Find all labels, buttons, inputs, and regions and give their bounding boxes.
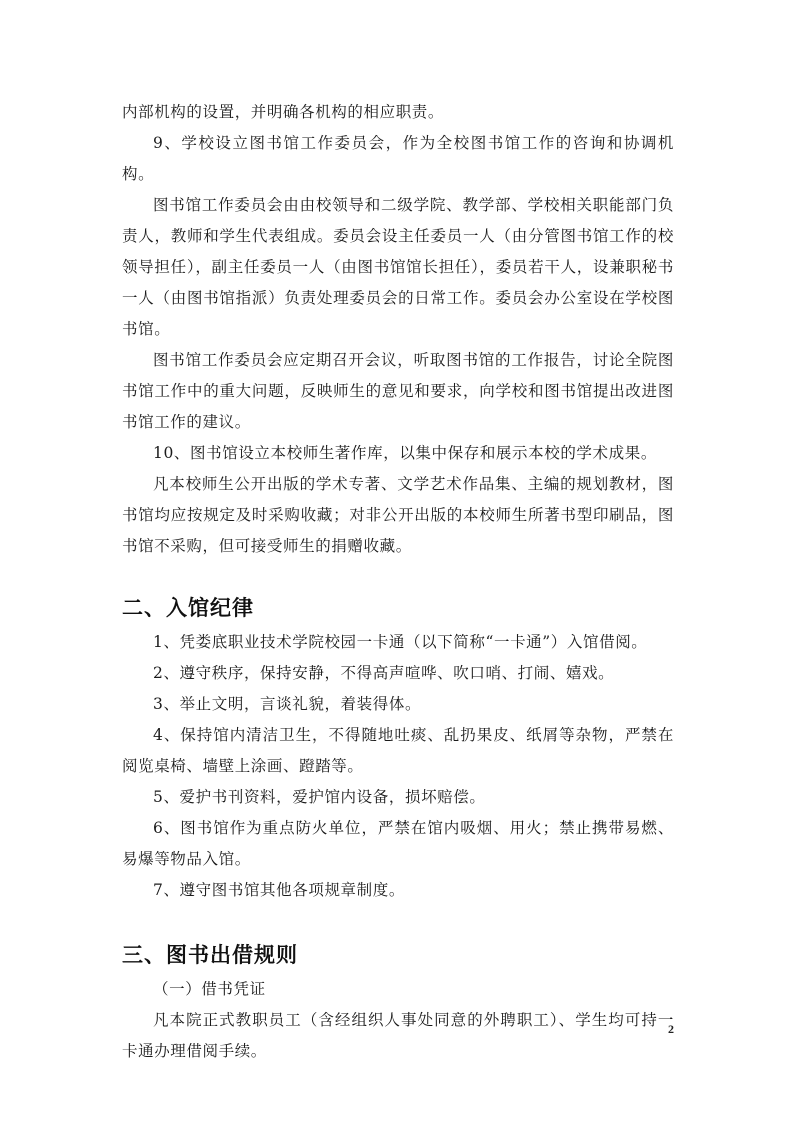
spacer [122,906,674,940]
paragraph: 10、图书馆设立本校师生著作库，以集中保存和展示本校的学术成果。 [122,438,674,469]
paragraph: 凡本院正式教职员工（含经组织人事处同意的外聘职工）、学生均可持一卡通办理借阅手续… [122,1005,674,1067]
page-number: 2 [668,1022,674,1037]
rule-item: 2、遵守秩序，保持安静，不得高声喧哗、吹口哨、打闹、嬉戏。 [122,658,674,689]
paragraph: 图书馆工作委员会由由校领导和二级学院、教学部、学校相关职能部门负责人，教师和学生… [122,190,674,345]
paragraph: 凡本校师生公开出版的学术专著、文学艺术作品集、主编的规划教材，图书馆均应按规定及… [122,469,674,562]
paragraph: 内部机构的设置，并明确各机构的相应职责。 [122,97,674,128]
rule-item: 3、举止文明，言谈礼貌，着装得体。 [122,689,674,720]
sub-heading: （一）借书凭证 [122,974,674,1005]
rule-item: 4、保持馆内清洁卫生，不得随地吐痰、乱扔果皮、纸屑等杂物，严禁在阅览桌椅、墙壁上… [122,720,674,782]
paragraph: 图书馆工作委员会应定期召开会议，听取图书馆的工作报告，讨论全院图书馆工作中的重大… [122,345,674,438]
spacer [122,562,674,593]
document-page: 内部机构的设置，并明确各机构的相应职责。 9、学校设立图书馆工作委员会，作为全校… [122,97,674,1067]
rule-item: 5、爱护书刊资料，爱护馆内设备，损坏赔偿。 [122,782,674,813]
section-heading: 二、入馆纪律 [122,593,674,623]
rule-item: 7、遵守图书馆其他各项规章制度。 [122,875,674,906]
section-heading: 三、图书出借规则 [122,940,674,970]
rule-item: 1、凭娄底职业技术学院校园一卡通（以下简称“一卡通”）入馆借阅。 [122,627,674,658]
paragraph: 9、学校设立图书馆工作委员会，作为全校图书馆工作的咨询和协调机构。 [122,128,674,190]
rule-item: 6、图书馆作为重点防火单位，严禁在馆内吸烟、用火；禁止携带易燃、易爆等物品入馆。 [122,813,674,875]
